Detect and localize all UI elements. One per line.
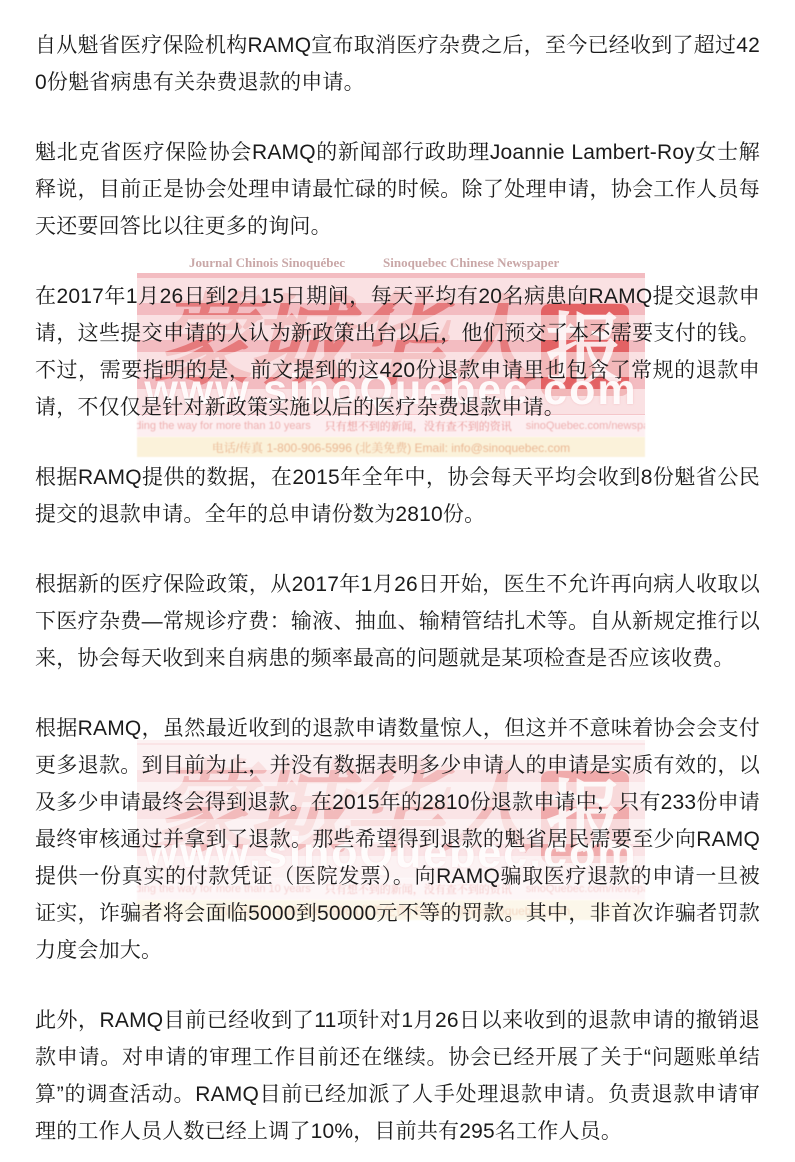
article-paragraph-7: 此外，RAMQ目前已经收到了11项针对1月26日以来收到的退款申请的撤销退款申请… xyxy=(35,1002,760,1150)
article-paragraph-1: 自从魁省医疗保险机构RAMQ宣布取消医疗杂费之后，至今已经收到了超过420份魁省… xyxy=(35,27,760,101)
article-body: 自从魁省医疗保险机构RAMQ宣布取消医疗杂费之后，至今已经收到了超过420份魁省… xyxy=(0,0,795,1150)
article-paragraph-6: 根据RAMQ，虽然最近收到的退款申请数量惊人，但这并不意味着协会会支付更多退款。… xyxy=(35,710,760,969)
article-paragraph-4: 根据RAMQ提供的数据，在2015年全年中，协会每天平均会收到8份魁省公民提交的… xyxy=(35,459,760,533)
article-paragraph-3: 在2017年1月26日到2月15日期间，每天平均有20名病患向RAMQ提交退款申… xyxy=(35,278,760,426)
article-paragraph-2: 魁北克省医疗保险协会RAMQ的新闻部行政助理Joannie Lambert-Ro… xyxy=(35,134,760,245)
article-paragraph-5: 根据新的医疗保险政策，从2017年1月26日开始，医生不允许再向病人收取以下医疗… xyxy=(35,566,760,677)
